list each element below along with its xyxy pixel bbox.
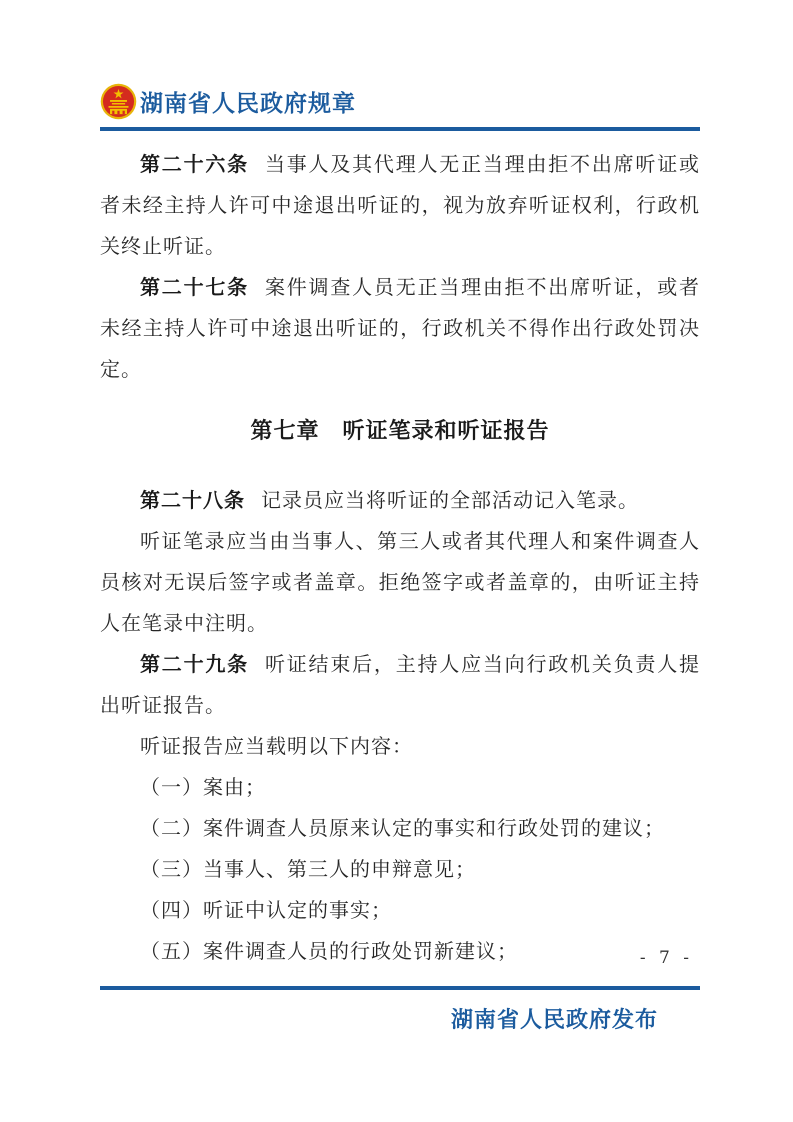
footer-divider: [100, 986, 700, 990]
list-item: （三）当事人、第三人的申辩意见；: [100, 849, 700, 890]
header-divider: [100, 127, 700, 131]
article-number: 第二十六条: [140, 152, 249, 176]
chapter-heading: 第七章 听证笔录和听证报告: [100, 411, 700, 452]
list-item: （四）听证中认定的事实；: [100, 890, 700, 931]
national-emblem-icon: [100, 83, 137, 120]
paragraph: 第二十九条听证结束后，主持人应当向行政机关负责人提出听证报告。: [100, 644, 700, 726]
document-body: 第二十六条当事人及其代理人无正当理由拒不出席听证或者未经主持人许可中途退出听证的…: [100, 144, 700, 972]
header-title: 湖南省人民政府规章: [140, 85, 356, 118]
paragraph: 第二十七条案件调查人员无正当理由拒不出席听证，或者未经主持人许可中途退出听证的，…: [100, 267, 700, 390]
article-number: 第二十八条: [140, 488, 245, 512]
paragraph: 第二十八条记录员应当将听证的全部活动记入笔录。: [100, 480, 700, 521]
list-item: （二）案件调查人员原来认定的事实和行政处罚的建议；: [100, 808, 700, 849]
paragraph: 第二十六条当事人及其代理人无正当理由拒不出席听证或者未经主持人许可中途退出听证的…: [100, 144, 700, 267]
page-number: - 7 -: [640, 948, 693, 968]
document-header: 湖南省人民政府规章: [100, 83, 700, 120]
article-number: 第二十七条: [140, 275, 249, 299]
paragraph: 听证报告应当载明以下内容：: [100, 726, 700, 767]
list-item: （五）案件调查人员的行政处罚新建议；: [100, 931, 700, 972]
document-page: 湖南省人民政府规章 第二十六条当事人及其代理人无正当理由拒不出席听证或者未经主持…: [0, 0, 793, 1122]
list-item: （一）案由；: [100, 767, 700, 808]
paragraph: 听证笔录应当由当事人、第三人或者其代理人和案件调查人员核对无误后签字或者盖章。拒…: [100, 521, 700, 644]
footer-publisher: 湖南省人民政府发布: [451, 1003, 658, 1034]
article-number: 第二十九条: [140, 652, 249, 676]
